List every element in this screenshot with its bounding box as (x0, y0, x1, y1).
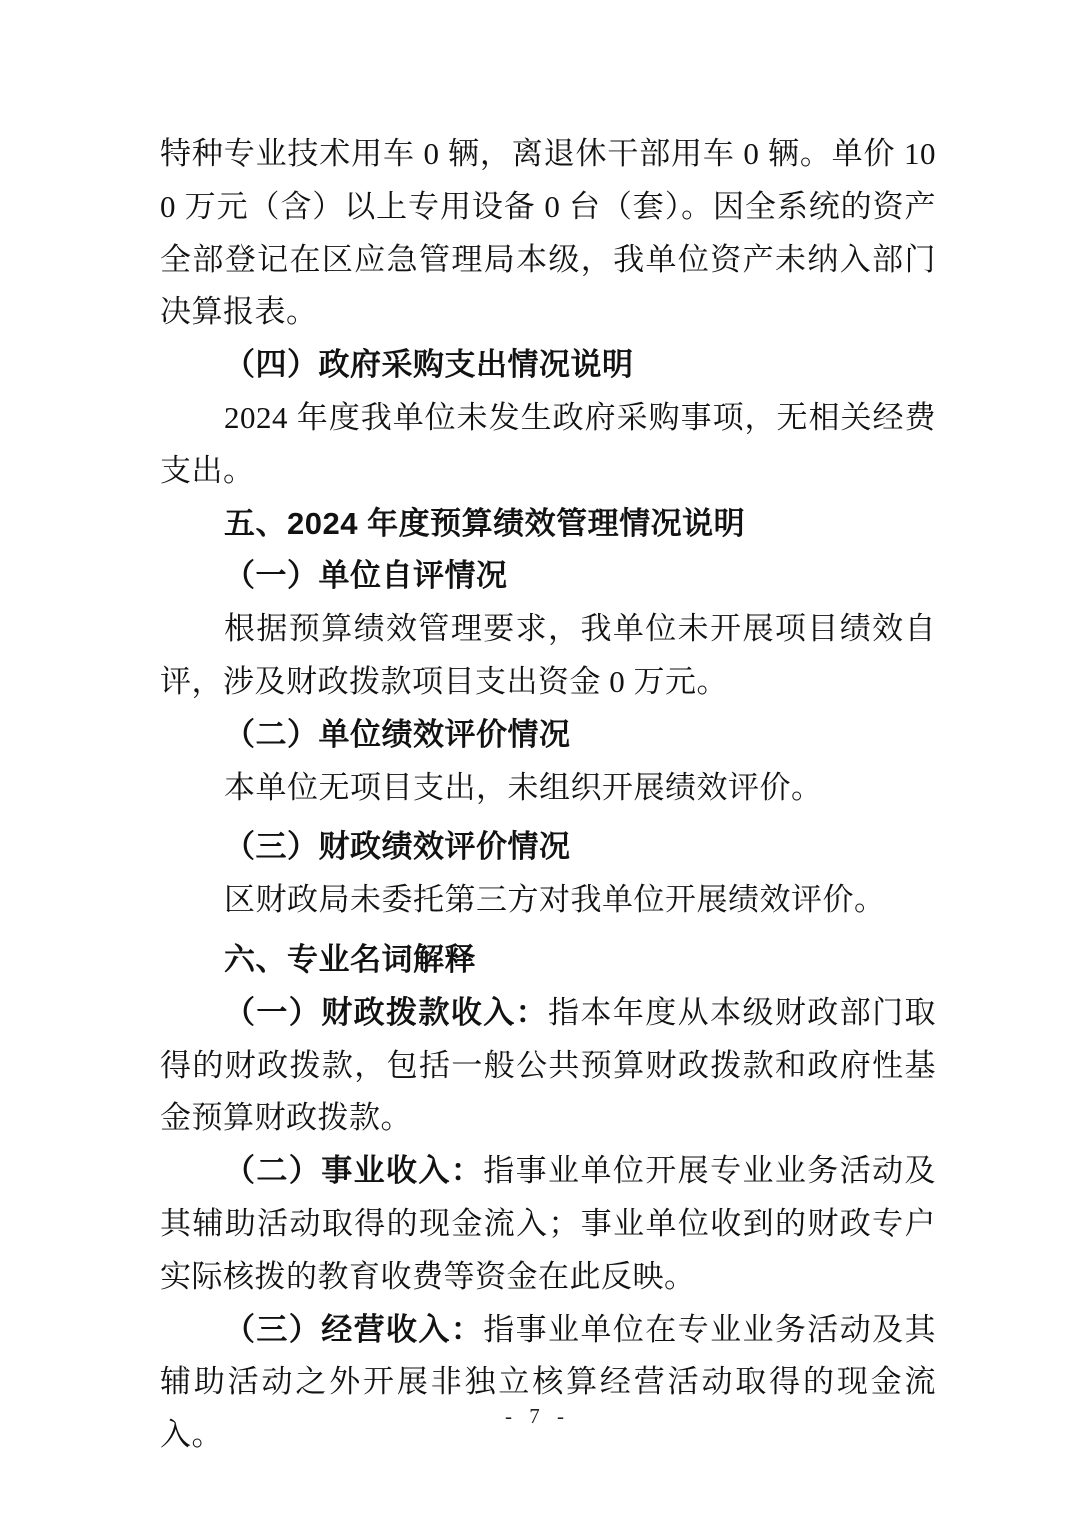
heading-self-evaluation: （一）单位自评情况 (160, 550, 936, 603)
heading-gov-procurement: （四）政府采购支出情况说明 (160, 339, 936, 392)
glossary-term-institutional-income: （二）事业收入： (224, 1153, 483, 1188)
paragraph-gov-procurement: 2024 年度我单位未发生政府采购事项，无相关经费支出。 (160, 392, 936, 498)
paragraph-self-evaluation: 根据预算绩效管理要求，我单位未开展项目绩效自评，涉及财政拨款项目支出资金 0 万… (160, 603, 936, 709)
glossary-term-operating-income: （三）经营收入： (224, 1312, 483, 1347)
paragraph-glossary-institutional-income: （二）事业收入：指事业单位开展专业业务活动及其辅助活动取得的现金流入；事业单位收… (160, 1145, 936, 1303)
document-body: 特种专业技术用车 0 辆，离退休干部用车 0 辆。单价 100 万元（含）以上专… (160, 128, 936, 1462)
paragraph-unit-performance-evaluation: 本单位无项目支出，未组织开展绩效评价。 (160, 762, 936, 815)
heading-section-5-budget-performance: 五、2024 年度预算绩效管理情况说明 (160, 498, 936, 551)
glossary-term-fiscal-appropriation-income: （一）财政拨款收入： (224, 995, 548, 1030)
heading-section-6-glossary: 六、专业名词解释 (160, 934, 936, 987)
paragraph-glossary-fiscal-appropriation-income: （一）财政拨款收入：指本年度从本级财政部门取得的财政拨款，包括一般公共预算财政拨… (160, 987, 936, 1145)
paragraph-glossary-operating-income: （三）经营收入：指事业单位在专业业务活动及其辅助活动之外开展非独立核算经营活动取… (160, 1304, 936, 1462)
heading-fiscal-performance-evaluation: （三）财政绩效评价情况 (160, 821, 936, 874)
paragraph-assets-continued: 特种专业技术用车 0 辆，离退休干部用车 0 辆。单价 100 万元（含）以上专… (160, 128, 936, 339)
page-number: - 7 - (0, 1404, 1075, 1429)
document-page: 特种专业技术用车 0 辆，离退休干部用车 0 辆。单价 100 万元（含）以上专… (0, 0, 1075, 1520)
paragraph-fiscal-performance-evaluation: 区财政局未委托第三方对我单位开展绩效评价。 (160, 874, 936, 927)
heading-unit-performance-evaluation: （二）单位绩效评价情况 (160, 709, 936, 762)
